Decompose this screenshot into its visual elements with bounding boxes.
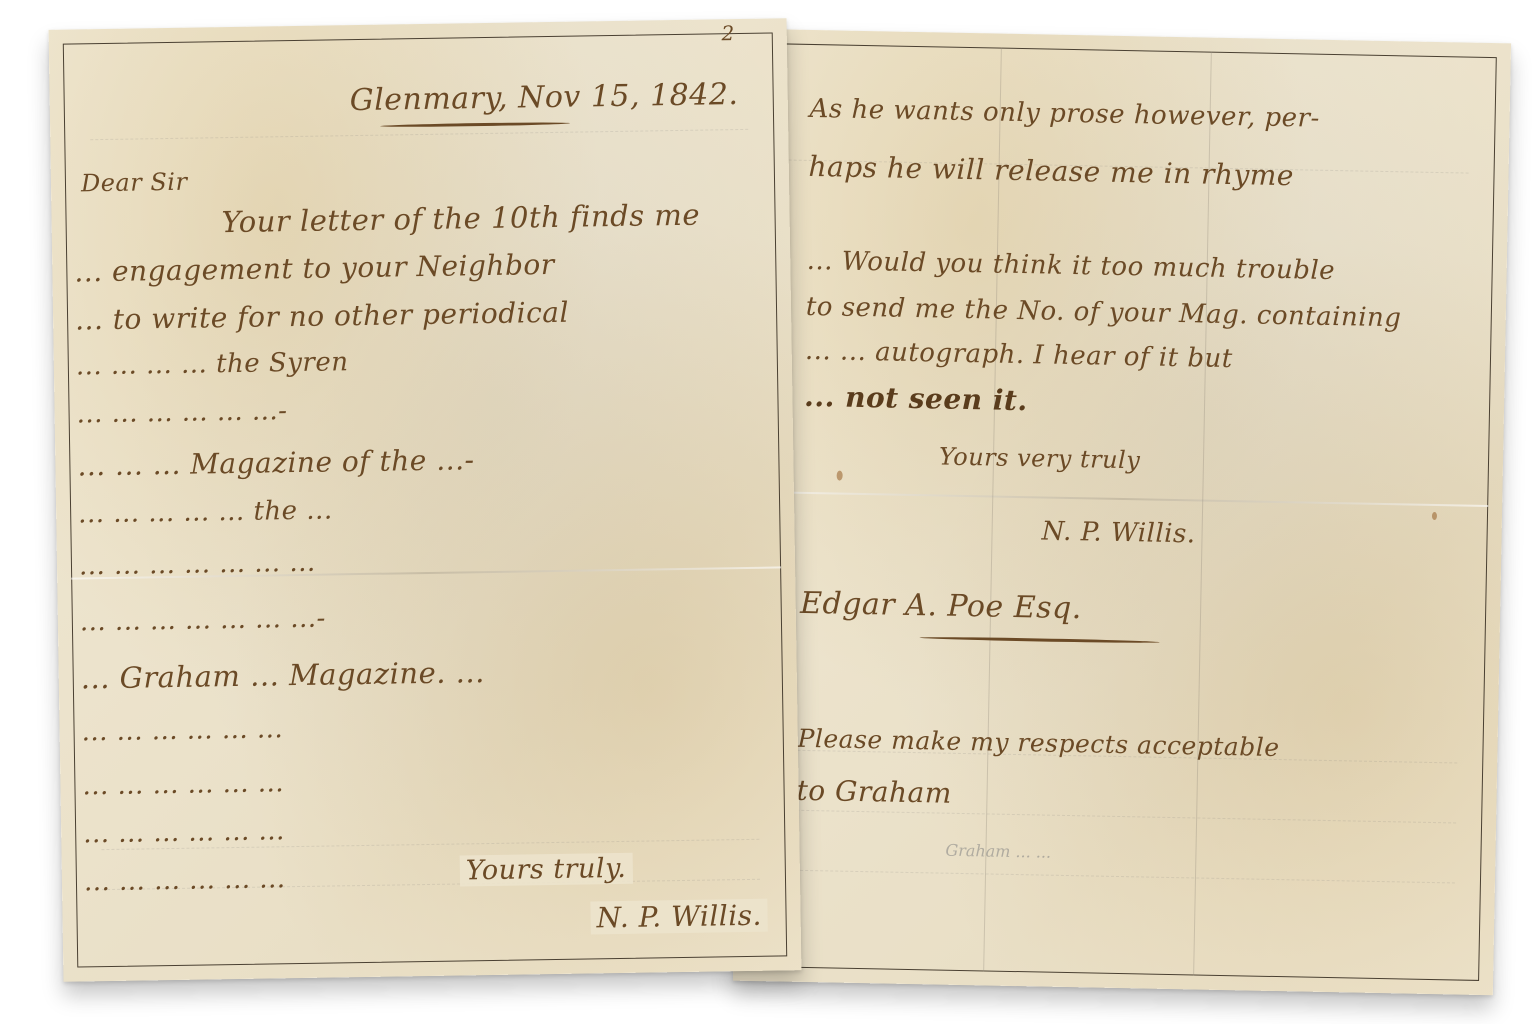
- letter-page-right: As he wants only prose however, per- hap…: [733, 29, 1511, 995]
- body-line: ... ... ... Magazine of the ...-: [77, 443, 475, 482]
- signature: N. P. Willis.: [590, 899, 768, 935]
- body-line: ... ... ... ... ... ... ...: [79, 548, 316, 582]
- body-line: ... ... ... ... ... ...: [83, 816, 285, 849]
- pencil-note: Graham ... ...: [945, 841, 1051, 862]
- dateline: Glenmary, Nov 15, 1842.: [349, 77, 738, 118]
- closing: Yours truly.: [460, 853, 633, 887]
- body-line: ... ... ... ... ... ...: [81, 714, 283, 747]
- body-line: ... not seen it.: [804, 380, 1028, 417]
- body-line: ... ... ... ... ... the ...: [78, 495, 333, 529]
- salutation: Dear Sir: [81, 168, 188, 198]
- body-line: ... ... ... ... ... ...-: [76, 396, 287, 429]
- letter-page-left: 2 Glenmary, Nov 15, 1842. Dear Sir Your …: [49, 18, 802, 981]
- closing: Yours very truly: [939, 442, 1141, 474]
- body-line: ... ... ... ... ... ... ...-: [80, 604, 326, 638]
- signature: N. P. Willis.: [1041, 516, 1196, 549]
- body-line: ... ... ... ... the Syren: [76, 347, 349, 381]
- postscript-line: to Graham: [796, 774, 952, 810]
- page-number: 2: [721, 21, 735, 45]
- body-line: ... Graham ... Magazine. ...: [80, 655, 485, 695]
- body-line: ... ... ... ... ... ...: [84, 864, 286, 897]
- body-line: ... ... ... ... ... ...: [82, 768, 284, 801]
- addressee: Edgar A. Poe Esq.: [800, 586, 1082, 626]
